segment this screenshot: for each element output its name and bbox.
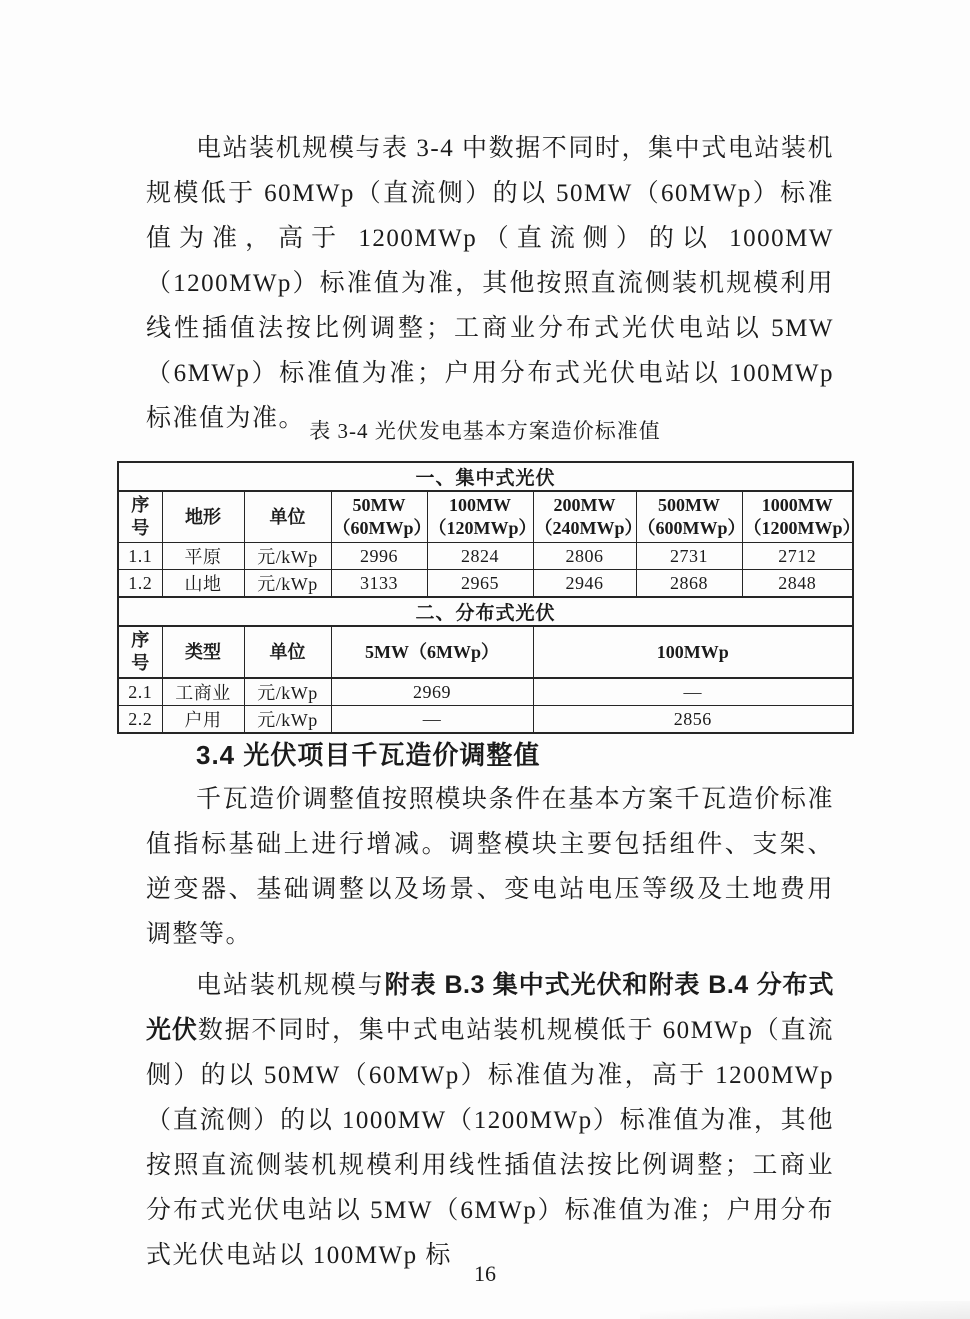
scan-shadow-artifact: [640, 1301, 970, 1319]
table-cell: 工商业: [162, 678, 244, 706]
pv-cost-standard-table: 一、集中式光伏 序 号 地形 单位 50MW （60MWp） 100MW （12…: [117, 461, 854, 734]
header-200mw: 200MW （240MWp）: [533, 491, 636, 543]
table-cell: 1.1: [118, 543, 162, 570]
table-cell: —: [331, 706, 533, 734]
table-cell: 2.1: [118, 678, 162, 706]
paragraph-2-text: 千瓦造价调整值按照模块条件在基本方案千瓦造价标准值指标基础上进行增减。调整模块主…: [146, 786, 834, 948]
paragraph-3-text-post: 数据不同时，集中式电站装机规模低于 60MWp（直流侧）的以 50MW（60MW…: [146, 1017, 834, 1269]
table-cell: 2712: [742, 543, 853, 570]
table-row-1-1: 1.1 平原 元/kWp 2996 2824 2806 2731 2712: [118, 543, 853, 570]
page-number: 16: [0, 1260, 970, 1288]
header-terrain: 地形: [162, 491, 244, 543]
table-cell: 1.2: [118, 570, 162, 598]
table-cell: 2856: [533, 706, 853, 734]
table-cell: 2868: [636, 570, 742, 598]
table-cell: 元/kWp: [244, 678, 331, 706]
table-cell: 户用: [162, 706, 244, 734]
paragraph-3-text-pre: 电站装机规模与: [196, 972, 385, 999]
table-cell: —: [533, 678, 853, 706]
table-cell: 2.2: [118, 706, 162, 734]
paragraph-adjustment-value: 千瓦造价调整值按照模块条件在基本方案千瓦造价标准值指标基础上进行增减。调整模块主…: [146, 777, 834, 957]
table-row-2-1: 2.1 工商业 元/kWp 2969 —: [118, 678, 853, 706]
table-cell: 3133: [331, 570, 427, 598]
table-cell: 2848: [742, 570, 853, 598]
paragraph-installed-capacity-rule: 电站装机规模与表 3-4 中数据不同时，集中式电站装机规模低于 60MWp（直流…: [146, 126, 834, 441]
table-section2-header-row: 序 号 类型 单位 5MW（6MWp） 100MWp: [118, 626, 853, 678]
table-cell: 2965: [427, 570, 533, 598]
header-100mwp: 100MWp: [533, 626, 853, 678]
header-50mw: 50MW （60MWp）: [331, 491, 427, 543]
table-section1-header-row: 序 号 地形 单位 50MW （60MWp） 100MW （120MWp） 20…: [118, 491, 853, 543]
section2-title: 二、分布式光伏: [118, 597, 853, 626]
table-cell: 2946: [533, 570, 636, 598]
section1-title: 一、集中式光伏: [118, 462, 853, 491]
header-type: 类型: [162, 626, 244, 678]
table-section1-title-row: 一、集中式光伏: [118, 462, 853, 491]
table-cell: 2806: [533, 543, 636, 570]
table-cell: 平原: [162, 543, 244, 570]
section-heading-3-4: 3.4 光伏项目千瓦造价调整值: [196, 740, 540, 770]
header-100mw: 100MW （120MWp）: [427, 491, 533, 543]
table-cell: 元/kWp: [244, 706, 331, 734]
table-caption: 表 3-4 光伏发电基本方案造价标准值: [0, 417, 970, 445]
paragraph-appendix-rule: 电站装机规模与附表 B.3 集中式光伏和附表 B.4 分布式光伏数据不同时，集中…: [146, 963, 834, 1278]
document-page: 电站装机规模与表 3-4 中数据不同时，集中式电站装机规模低于 60MWp（直流…: [0, 0, 970, 1319]
table-cell: 山地: [162, 570, 244, 598]
header-index: 序 号: [118, 491, 162, 543]
table-section2-title-row: 二、分布式光伏: [118, 597, 853, 626]
table-row-2-2: 2.2 户用 元/kWp — 2856: [118, 706, 853, 734]
table-cell: 2731: [636, 543, 742, 570]
table-cell: 2969: [331, 678, 533, 706]
table-cell: 2996: [331, 543, 427, 570]
table-cell: 元/kWp: [244, 570, 331, 598]
header-500mw: 500MW （600MWp）: [636, 491, 742, 543]
header-index: 序 号: [118, 626, 162, 678]
header-1000mw: 1000MW （1200MWp）: [742, 491, 853, 543]
header-unit: 单位: [244, 491, 331, 543]
table-row-1-2: 1.2 山地 元/kWp 3133 2965 2946 2868 2848: [118, 570, 853, 598]
header-unit: 单位: [244, 626, 331, 678]
paragraph-1-text: 电站装机规模与表 3-4 中数据不同时，集中式电站装机规模低于 60MWp（直流…: [146, 135, 834, 432]
table-cell: 2824: [427, 543, 533, 570]
header-5mw: 5MW（6MWp）: [331, 626, 533, 678]
table-cell: 元/kWp: [244, 543, 331, 570]
